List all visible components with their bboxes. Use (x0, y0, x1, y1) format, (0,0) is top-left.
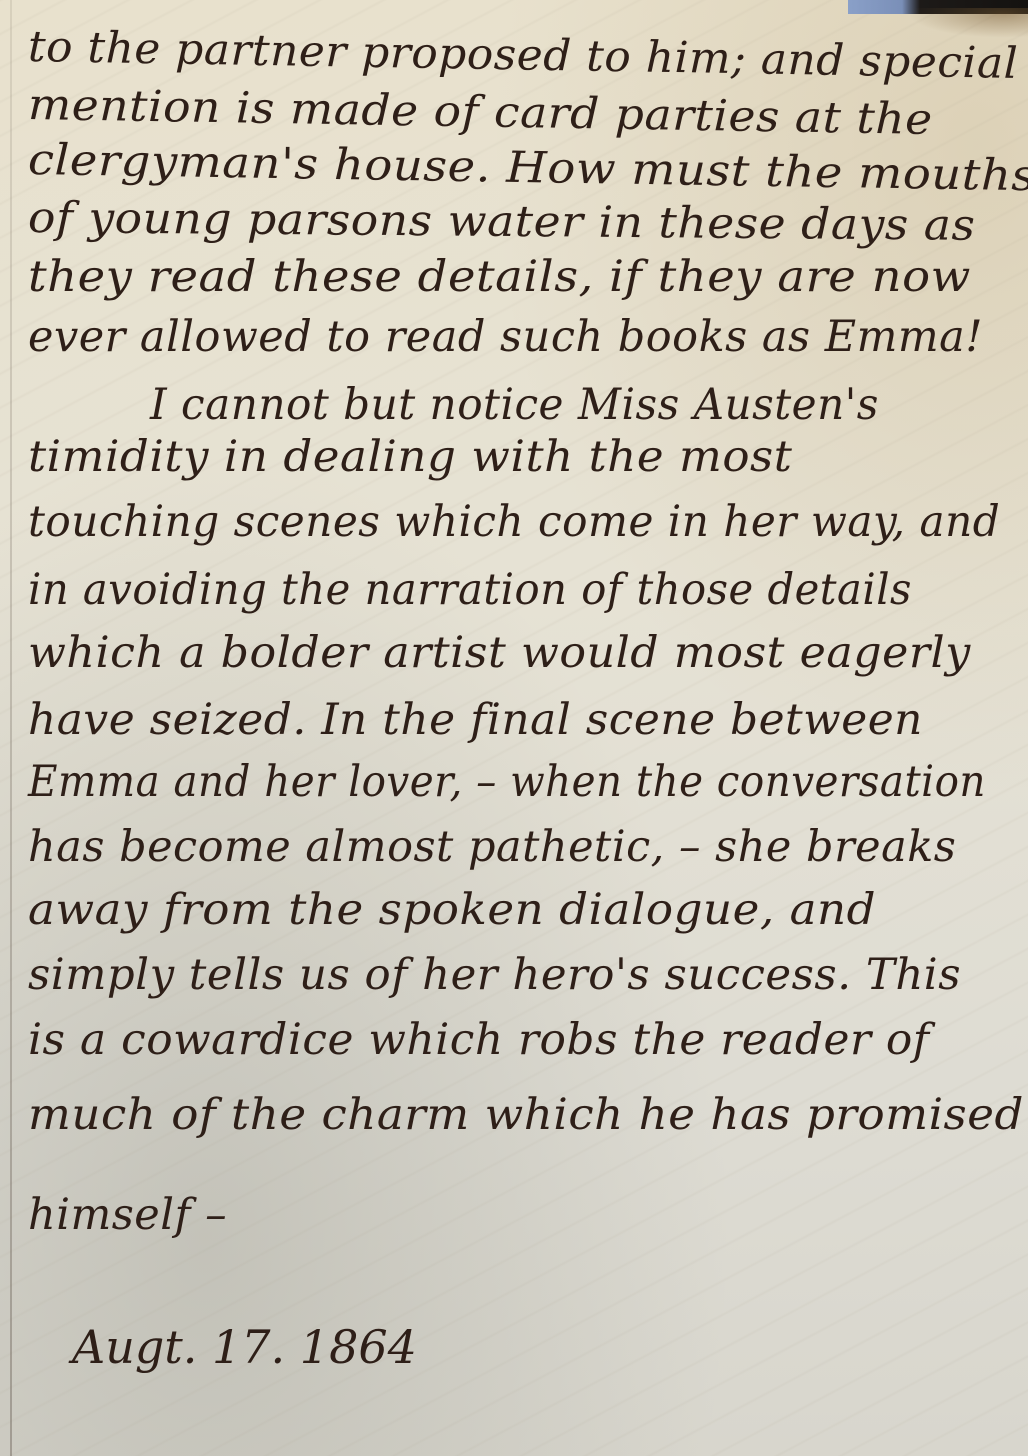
text-line: timidity in dealing with the most (28, 432, 792, 482)
text-line: to the partner proposed to him; and spec… (28, 22, 1019, 89)
text-line: Emma and her lover, – when the conversat… (28, 757, 986, 807)
text-line-paragraph-start: I cannot but notice Miss Austen's (150, 380, 879, 430)
text-line: much of the charm which he has promised (28, 1090, 1024, 1140)
text-line: in avoiding the narration of those detai… (28, 565, 912, 615)
text-line: have seized. In the final scene between (28, 695, 923, 745)
text-line: touching scenes which come in her way, a… (28, 497, 1000, 547)
text-line: mention is made of card parties at the (28, 80, 934, 145)
corner-stain (908, 8, 1028, 38)
text-line: they read these details, if they are now (28, 252, 971, 302)
binding-edge (10, 0, 12, 1456)
text-line: which a bolder artist would most eagerly (28, 628, 971, 678)
text-line: has become almost pathetic, – she breaks (28, 822, 956, 872)
manuscript-date: Augt. 17. 1864 (72, 1320, 417, 1374)
text-line: clergyman's house. How must the mouths (28, 135, 1028, 201)
text-line: simply tells us of her hero's success. T… (28, 950, 961, 1000)
text-line: ever allowed to read such books as Emma! (28, 312, 983, 362)
text-line-closing: himself – (28, 1190, 227, 1240)
manuscript-page: to the partner proposed to him; and spec… (0, 0, 1028, 1456)
text-line: of young parsons water in these days as (28, 193, 976, 251)
text-line: away from the spoken dialogue, and (28, 885, 876, 935)
text-line: is a cowardice which robs the reader of (28, 1015, 930, 1065)
